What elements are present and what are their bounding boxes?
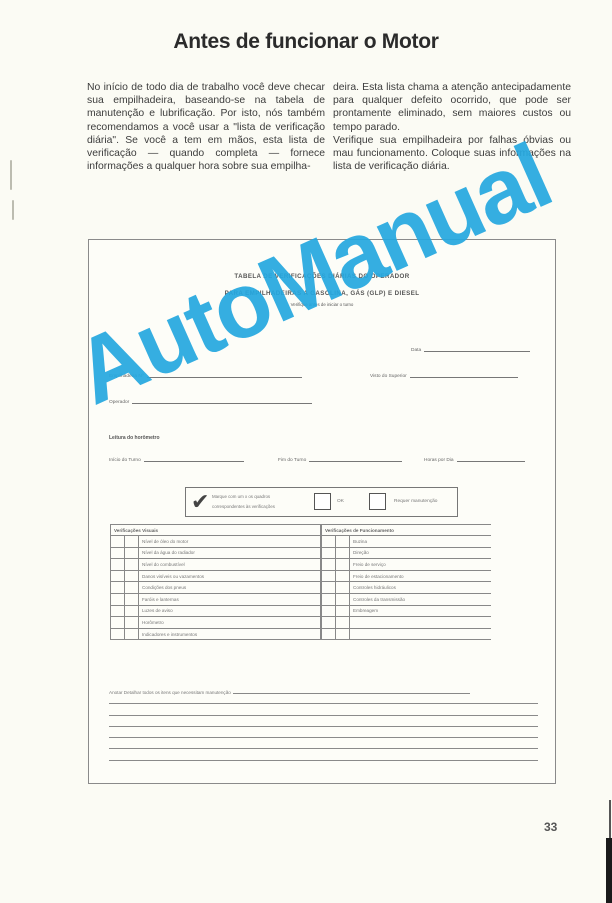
requires-maintenance-checkbox[interactable] bbox=[125, 617, 139, 629]
requires-maintenance-checkbox[interactable] bbox=[336, 559, 350, 571]
requires-maintenance-checkbox[interactable] bbox=[125, 628, 139, 640]
check-item-label: Nível de óleo do motor bbox=[139, 536, 321, 548]
ok-checkbox[interactable] bbox=[111, 617, 125, 629]
requires-maintenance-checkbox[interactable] bbox=[125, 582, 139, 594]
table-row: Controles da transmissão bbox=[322, 593, 492, 605]
check-item-label: Controles hidráulicos bbox=[350, 582, 492, 594]
ok-checkbox[interactable] bbox=[111, 628, 125, 640]
legend-requires-maintenance-label: Requer manutenção bbox=[394, 499, 437, 504]
ok-checkbox[interactable] bbox=[322, 547, 336, 559]
table-row: Condições dos pneus bbox=[111, 582, 321, 594]
binding-edge bbox=[609, 800, 611, 840]
check-item-label: Danos visíveis ou vazamentos bbox=[139, 570, 321, 582]
legend-ok-label: OK bbox=[337, 499, 344, 504]
intro-paragraph: deira. Esta lista chama a atenção anteci… bbox=[333, 81, 571, 134]
supervisor-signature-field[interactable]: Visto do Superior bbox=[370, 374, 518, 379]
legend-ok-box bbox=[314, 493, 331, 510]
ok-checkbox[interactable] bbox=[322, 628, 336, 640]
ok-checkbox[interactable] bbox=[322, 593, 336, 605]
table-row: Nível de óleo do motor bbox=[111, 536, 321, 548]
check-item-label: Luzes de aviso bbox=[139, 605, 321, 617]
form-title: TABELA DE VERIFICAÇÕES DIÁRIAS DO OPERAD… bbox=[89, 273, 555, 280]
ok-checkbox[interactable] bbox=[322, 536, 336, 548]
page-title: Antes de funcionar o Motor bbox=[0, 30, 612, 54]
daily-check-form: TABELA DE VERIFICAÇÕES DIÁRIAS DO OPERAD… bbox=[88, 239, 556, 784]
table-row: Embreagem bbox=[322, 605, 492, 617]
notes-line[interactable] bbox=[109, 737, 538, 738]
requires-maintenance-checkbox[interactable] bbox=[125, 547, 139, 559]
check-item-label: Nível do combustível bbox=[139, 559, 321, 571]
page-number: 33 bbox=[544, 820, 557, 834]
ok-checkbox[interactable] bbox=[111, 570, 125, 582]
check-item-label: Controles da transmissão bbox=[350, 593, 492, 605]
visual-checks-header: Verificações Visuais bbox=[111, 525, 321, 536]
check-item-label: Nível da água do radiador bbox=[139, 547, 321, 559]
check-item-label: Embreagem bbox=[350, 605, 492, 617]
check-item-label: Direção bbox=[350, 547, 492, 559]
table-row bbox=[322, 628, 492, 640]
table-row bbox=[322, 617, 492, 629]
forklift-number-field[interactable]: Empilhadeira Nº bbox=[109, 374, 302, 379]
requires-maintenance-checkbox[interactable] bbox=[125, 559, 139, 571]
intro-column-right: deira. Esta lista chama a atenção anteci… bbox=[333, 81, 571, 173]
check-item-label: Buzina bbox=[350, 536, 492, 548]
notes-field[interactable]: Anotar Detalhar todos os itens que neces… bbox=[109, 690, 470, 695]
form-subtitle: PARA EMPILHADEIRAS A GASOLINA, GÁS (GLP)… bbox=[89, 290, 555, 297]
requires-maintenance-checkbox[interactable] bbox=[336, 570, 350, 582]
legend-box: ✔ Marque com um x os quadros corresponde… bbox=[185, 487, 458, 517]
ok-checkbox[interactable] bbox=[322, 582, 336, 594]
ok-checkbox[interactable] bbox=[111, 536, 125, 548]
requires-maintenance-checkbox[interactable] bbox=[125, 593, 139, 605]
intro-paragraph: No início de todo dia de trabalho você d… bbox=[87, 81, 325, 173]
requires-maintenance-checkbox[interactable] bbox=[336, 536, 350, 548]
requires-maintenance-checkbox[interactable] bbox=[125, 536, 139, 548]
intro-paragraph: Verifique sua empilhadeira por falhas ób… bbox=[333, 134, 571, 174]
checkmark-icon: ✔ bbox=[191, 490, 209, 514]
hourmeter-section-label: Leitura do horômetro bbox=[109, 435, 160, 441]
date-field[interactable]: Data bbox=[411, 348, 530, 353]
legend-requires-maintenance-box bbox=[369, 493, 386, 510]
shift-end-field[interactable]: Fim do Turno bbox=[278, 458, 402, 463]
form-instruction: Verifique antes de iniciar o turno bbox=[89, 302, 555, 307]
page-scuff-mark bbox=[10, 160, 12, 190]
ok-checkbox[interactable] bbox=[322, 617, 336, 629]
requires-maintenance-checkbox[interactable] bbox=[336, 547, 350, 559]
table-row: Nível do combustível bbox=[111, 559, 321, 571]
check-item-label: Freio de estacionamento bbox=[350, 570, 492, 582]
requires-maintenance-checkbox[interactable] bbox=[336, 605, 350, 617]
check-item-label: Indicadores e instrumentos bbox=[139, 628, 321, 640]
check-item-label: Condições dos pneus bbox=[139, 582, 321, 594]
table-row: Direção bbox=[322, 547, 492, 559]
table-row: Buzina bbox=[322, 536, 492, 548]
shift-start-field[interactable]: Início do Turno bbox=[109, 458, 244, 463]
legend-instruction: Marque com um x os quadros correspondent… bbox=[212, 492, 294, 512]
intro-column-left: No início de todo dia de trabalho você d… bbox=[87, 81, 325, 173]
ok-checkbox[interactable] bbox=[111, 547, 125, 559]
requires-maintenance-checkbox[interactable] bbox=[336, 593, 350, 605]
notes-line[interactable] bbox=[109, 715, 538, 716]
ok-checkbox[interactable] bbox=[322, 605, 336, 617]
ok-checkbox[interactable] bbox=[111, 593, 125, 605]
page-scuff-mark bbox=[12, 200, 14, 220]
notes-line[interactable] bbox=[109, 760, 538, 761]
ok-checkbox[interactable] bbox=[322, 570, 336, 582]
table-row: Indicadores e instrumentos bbox=[111, 628, 321, 640]
table-row: Luzes de aviso bbox=[111, 605, 321, 617]
ok-checkbox[interactable] bbox=[111, 582, 125, 594]
check-item-label: Faróis e lanternas bbox=[139, 593, 321, 605]
notes-line[interactable] bbox=[109, 748, 538, 749]
requires-maintenance-checkbox[interactable] bbox=[336, 617, 350, 629]
function-checks-header: Verificações de Funcionamento bbox=[322, 525, 492, 536]
function-checks-table: Verificações de Funcionamento BuzinaDire… bbox=[321, 524, 491, 640]
ok-checkbox[interactable] bbox=[322, 559, 336, 571]
visual-checks-table: Verificações Visuais Nível de óleo do mo… bbox=[110, 524, 321, 640]
ok-checkbox[interactable] bbox=[111, 559, 125, 571]
requires-maintenance-checkbox[interactable] bbox=[336, 628, 350, 640]
check-item-label bbox=[350, 628, 492, 640]
hours-per-day-field[interactable]: Horas por Dia bbox=[424, 458, 525, 463]
notes-line[interactable] bbox=[109, 703, 538, 704]
table-row: Freio de estacionamento bbox=[322, 570, 492, 582]
table-row: Controles hidráulicos bbox=[322, 582, 492, 594]
operator-field[interactable]: Operador bbox=[109, 400, 312, 405]
notes-line[interactable] bbox=[109, 726, 538, 727]
table-row: Danos visíveis ou vazamentos bbox=[111, 570, 321, 582]
table-row: Faróis e lanternas bbox=[111, 593, 321, 605]
check-item-label: Freio de serviço bbox=[350, 559, 492, 571]
ok-checkbox[interactable] bbox=[111, 605, 125, 617]
requires-maintenance-checkbox[interactable] bbox=[125, 570, 139, 582]
binding-edge bbox=[606, 838, 612, 903]
table-row: Horômetro bbox=[111, 617, 321, 629]
table-row: Freio de serviço bbox=[322, 559, 492, 571]
table-row: Nível da água do radiador bbox=[111, 547, 321, 559]
requires-maintenance-checkbox[interactable] bbox=[125, 605, 139, 617]
check-item-label bbox=[350, 617, 492, 629]
requires-maintenance-checkbox[interactable] bbox=[336, 582, 350, 594]
check-item-label: Horômetro bbox=[139, 617, 321, 629]
